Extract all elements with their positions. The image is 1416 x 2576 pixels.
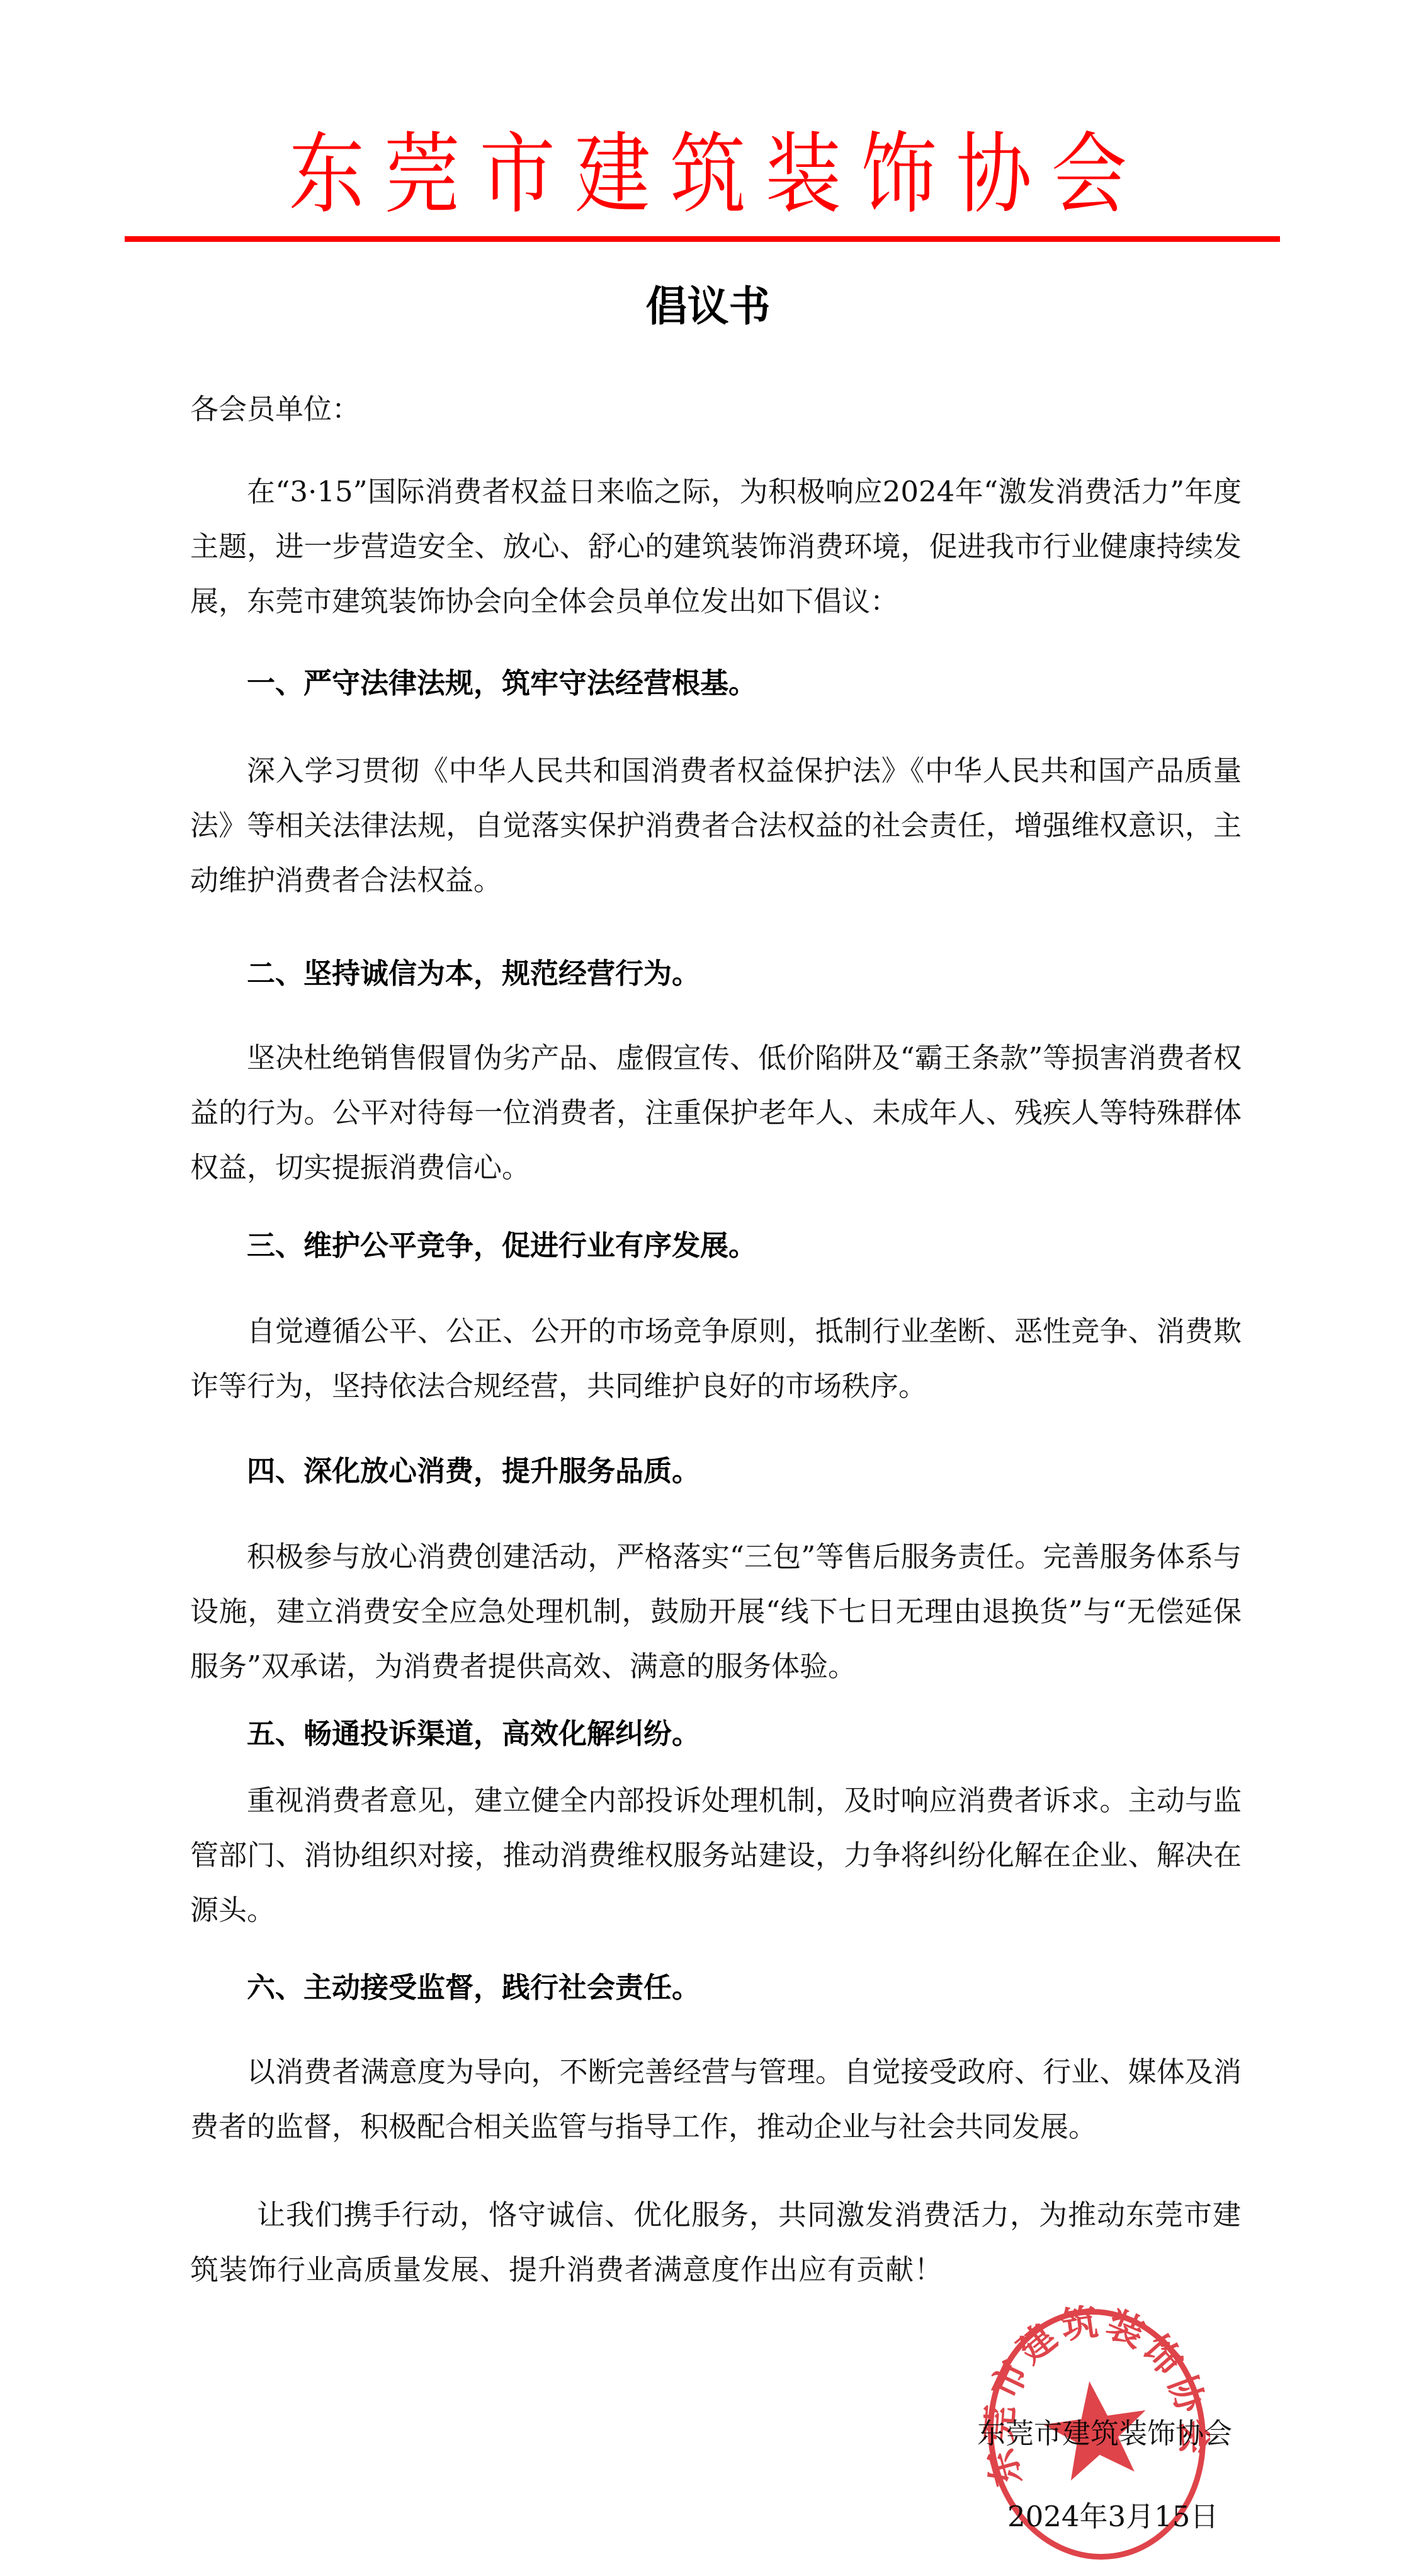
section-1-heading: 一、严守法律法规，筑牢守法经营根基。 — [190, 656, 1242, 710]
section-3-body: 自觉遵循公平、公正、公开的市场竞争原则，抵制行业垄断、恶性竞争、消费欺诈等行为，… — [190, 1304, 1242, 1413]
section-4-body: 积极参与放心消费创建活动，严格落实“三包”等售后服务责任。完善服务体系与设施，建… — [190, 1529, 1242, 1694]
section-6-body: 以消费者满意度为导向，不断完善经营与管理。自觉接受政府、行业、媒体及消费者的监督… — [190, 2044, 1242, 2154]
section-5-body: 重视消费者意见，建立健全内部投诉处理机制，及时响应消费者诉求。主动与监管部门、消… — [190, 1773, 1242, 1937]
letterhead-red-rule — [125, 236, 1280, 242]
section-3-heading: 三、维护公平竞争，促进行业有序发展。 — [190, 1218, 1242, 1273]
salutation: 各会员单位： — [190, 382, 1242, 436]
section-6-heading: 六、主动接受监督，践行社会责任。 — [190, 1960, 1242, 2015]
section-1-body: 深入学习贯彻《中华人民共和国消费者权益保护法》《中华人民共和国产品质量法》等相关… — [190, 743, 1242, 908]
official-seal-icon: 东莞市建筑装饰协会 — [983, 2305, 1210, 2563]
seal-star-icon — [1038, 2374, 1154, 2483]
section-2-heading: 二、坚持诚信为本，规范经营行为。 — [190, 946, 1242, 1001]
intro-paragraph: 在“3·15”国际消费者权益日来临之际，为积极响应2024年“激发消费活力”年度… — [190, 464, 1242, 629]
section-5-heading: 五、畅通投诉渠道，高效化解纠纷。 — [190, 1706, 1242, 1761]
closing-paragraph: 让我们携手行动，恪守诚信、优化服务，共同激发消费活力，为推动东莞市建筑装饰行业高… — [190, 2187, 1242, 2297]
letterhead-organization-name: 东莞市建筑装饰协会 — [99, 125, 1317, 225]
document-title: 倡议书 — [0, 281, 1416, 331]
section-4-heading: 四、深化放心消费，提升服务品质。 — [190, 1444, 1242, 1498]
document-page: 东莞市建筑装饰协会 倡议书 各会员单位： 在“3·15”国际消费者权益日来临之际… — [0, 0, 1416, 2576]
section-2-body: 坚决杜绝销售假冒伪劣产品、虚假宣传、低价陷阱及“霸王条款”等损害消费者权益的行为… — [190, 1030, 1242, 1195]
